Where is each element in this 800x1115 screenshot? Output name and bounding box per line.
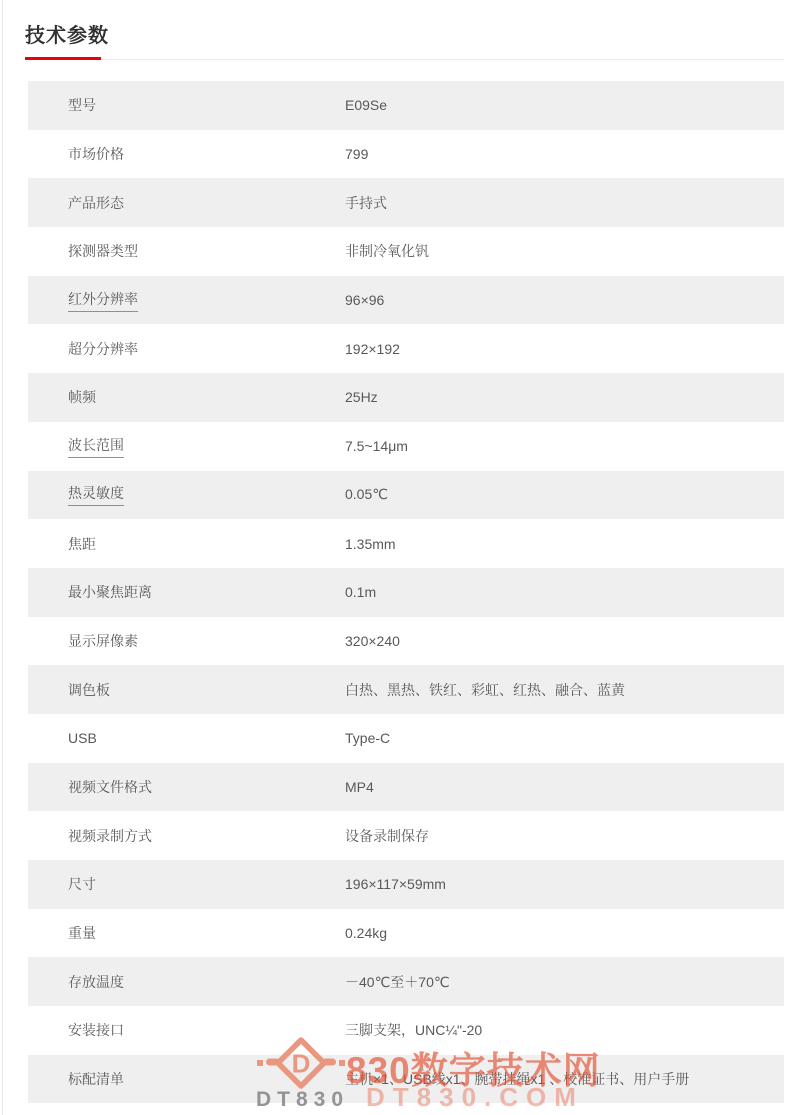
- spec-row: 产品形态 手持式: [28, 178, 784, 227]
- spec-value: 非制冷氧化钒: [345, 241, 784, 261]
- spec-row: 存放温度 －40℃至＋70℃: [28, 957, 784, 1006]
- spec-label: 存放温度: [68, 972, 345, 992]
- spec-table: 型号 E09Se 市场价格 799 产品形态 手持式 探测器类型 非制冷氧化钒 …: [28, 81, 784, 1103]
- spec-label: 最小聚焦距离: [68, 582, 345, 602]
- spec-label: 显示屏像素: [68, 631, 345, 651]
- spec-label[interactable]: 波长范围: [68, 435, 345, 458]
- spec-label: 超分分辨率: [68, 339, 345, 359]
- spec-label: 市场价格: [68, 144, 345, 164]
- spec-row: 帧频 25Hz: [28, 373, 784, 422]
- spec-row: 探测器类型 非制冷氧化钒: [28, 227, 784, 276]
- spec-row: 最小聚焦距离 0.1m: [28, 568, 784, 617]
- spec-value: －40℃至＋70℃: [345, 972, 784, 992]
- spec-value: 三脚支架，UNC¼"-20: [345, 1020, 784, 1040]
- spec-label: 型号: [68, 95, 345, 115]
- spec-label: 焦距: [68, 534, 345, 554]
- spec-row: 视频文件格式 MP4: [28, 763, 784, 812]
- spec-value: 96×96: [345, 292, 784, 308]
- spec-row: 调色板 白热、黑热、铁红、彩虹、红热、融合、蓝黄: [28, 665, 784, 714]
- spec-value: 设备录制保存: [345, 826, 784, 846]
- spec-value: 25Hz: [345, 389, 784, 405]
- spec-value: 799: [345, 146, 784, 162]
- spec-label: 探测器类型: [68, 241, 345, 261]
- spec-value: 0.24kg: [345, 925, 784, 941]
- spec-value: 主机×1、USB线x1、腕带挂绳x1 、校准证书、用户手册: [345, 1069, 784, 1089]
- spec-row: 视频录制方式 设备录制保存: [28, 811, 784, 860]
- spec-row: 红外分辨率 96×96: [28, 276, 784, 325]
- spec-row: 尺寸 196×117×59mm: [28, 860, 784, 909]
- spec-value: 320×240: [345, 633, 784, 649]
- title-divider: [25, 59, 784, 60]
- spec-value: Type-C: [345, 730, 784, 746]
- spec-row: 安装接口 三脚支架，UNC¼"-20: [28, 1006, 784, 1055]
- spec-label[interactable]: 红外分辨率: [68, 289, 345, 312]
- spec-label: 调色板: [68, 680, 345, 700]
- spec-label[interactable]: 热灵敏度: [68, 483, 345, 506]
- spec-value: 7.5~14μm: [345, 438, 784, 454]
- spec-row: USB Type-C: [28, 714, 784, 763]
- spec-row: 超分分辨率 192×192: [28, 324, 784, 373]
- spec-label: 视频录制方式: [68, 826, 345, 846]
- spec-label: 产品形态: [68, 193, 345, 213]
- spec-row: 市场价格 799: [28, 130, 784, 179]
- spec-row: 重量 0.24kg: [28, 909, 784, 958]
- spec-label: 重量: [68, 923, 345, 943]
- page-left-border: [2, 0, 3, 1115]
- spec-row: 焦距 1.35mm: [28, 519, 784, 568]
- spec-label: 安装接口: [68, 1020, 345, 1040]
- spec-label: 视频文件格式: [68, 777, 345, 797]
- spec-value: 192×192: [345, 341, 784, 357]
- spec-row: 热灵敏度 0.05℃: [28, 471, 784, 520]
- spec-value: 1.35mm: [345, 536, 784, 552]
- spec-label: USB: [68, 730, 345, 746]
- spec-value: 196×117×59mm: [345, 876, 784, 892]
- spec-value: 白热、黑热、铁红、彩虹、红热、融合、蓝黄: [345, 680, 784, 700]
- spec-row: 型号 E09Se: [28, 81, 784, 130]
- spec-label: 标配清单: [68, 1069, 345, 1089]
- spec-row: 显示屏像素 320×240: [28, 617, 784, 666]
- spec-value: 手持式: [345, 193, 784, 213]
- spec-value: 0.1m: [345, 584, 784, 600]
- spec-value: MP4: [345, 779, 784, 795]
- spec-label: 尺寸: [68, 874, 345, 894]
- spec-value: E09Se: [345, 97, 784, 113]
- spec-label: 帧频: [68, 387, 345, 407]
- spec-row: 标配清单 主机×1、USB线x1、腕带挂绳x1 、校准证书、用户手册: [28, 1055, 784, 1104]
- title-accent-bar: [25, 57, 101, 60]
- spec-value: 0.05℃: [345, 486, 784, 503]
- page-title: 技术参数: [25, 19, 109, 48]
- spec-row: 波长范围 7.5~14μm: [28, 422, 784, 471]
